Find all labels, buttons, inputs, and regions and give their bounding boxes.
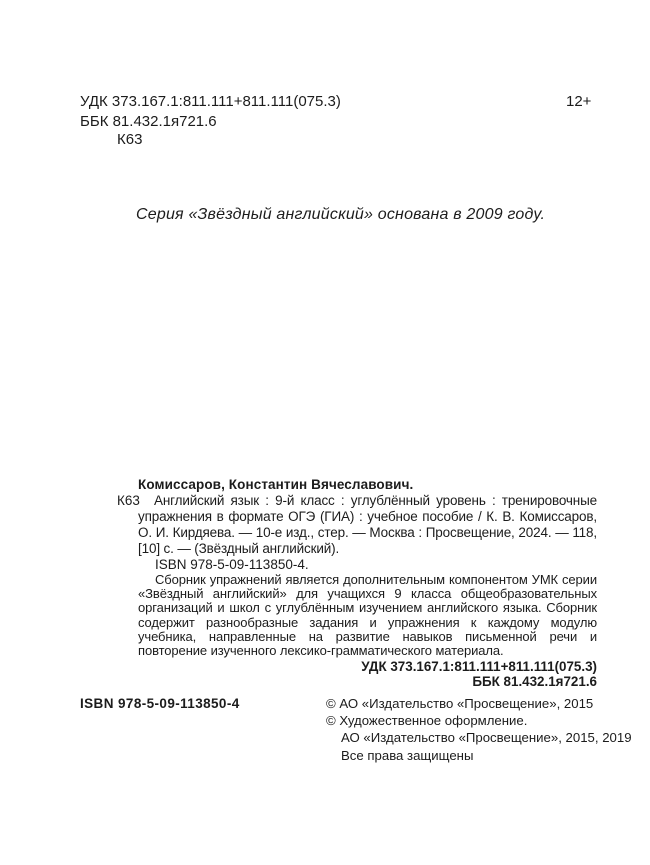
copyright-line: © Художественное оформление. (326, 712, 632, 729)
author-heading: Комиссаров, Константин Вячеславович. (138, 477, 597, 493)
entry-author-code: К63 (101, 493, 140, 509)
copyright-block: © АО «Издательство «Просвещение», 2015 ©… (326, 695, 632, 764)
bibliographic-description: Английский язык : 9-й класс : углублённы… (138, 493, 597, 556)
copyright-line: © АО «Издательство «Просвещение», 2015 (326, 695, 632, 712)
imprint-isbn: ISBN 978-5-09-113850-4 (80, 696, 240, 711)
udk-line: УДК 373.167.1:811.111+811.111(075.3) (80, 93, 341, 111)
bibliographic-description-wrap: К63 Английский язык : 9-й класс : углубл… (138, 493, 597, 557)
catalog-entry: Комиссаров, Константин Вячеславович. К63… (138, 477, 597, 689)
book-imprint-page: УДК 373.167.1:811.111+811.111(075.3) ББК… (0, 0, 650, 865)
udk-code-bold: УДК 373.167.1:811.111+811.111(075.3) (138, 659, 597, 674)
series-note: Серия «Звёздный английский» основана в 2… (136, 205, 545, 225)
author-code: К63 (117, 131, 142, 149)
classification-codes: УДК 373.167.1:811.111+811.111(075.3) ББК… (138, 659, 597, 689)
copyright-line: АО «Издательство «Просвещение», 2015, 20… (326, 729, 632, 746)
bbk-line: ББК 81.432.1я721.6 (80, 113, 217, 131)
copyright-line: Все права защищены (326, 747, 632, 764)
age-rating-badge: 12+ (566, 93, 591, 111)
bbk-code-bold: ББК 81.432.1я721.6 (138, 674, 597, 689)
annotation-text: Сборник упражнений является дополнительн… (138, 573, 597, 658)
isbn-note: ISBN 978-5-09-113850-4. (155, 557, 597, 573)
